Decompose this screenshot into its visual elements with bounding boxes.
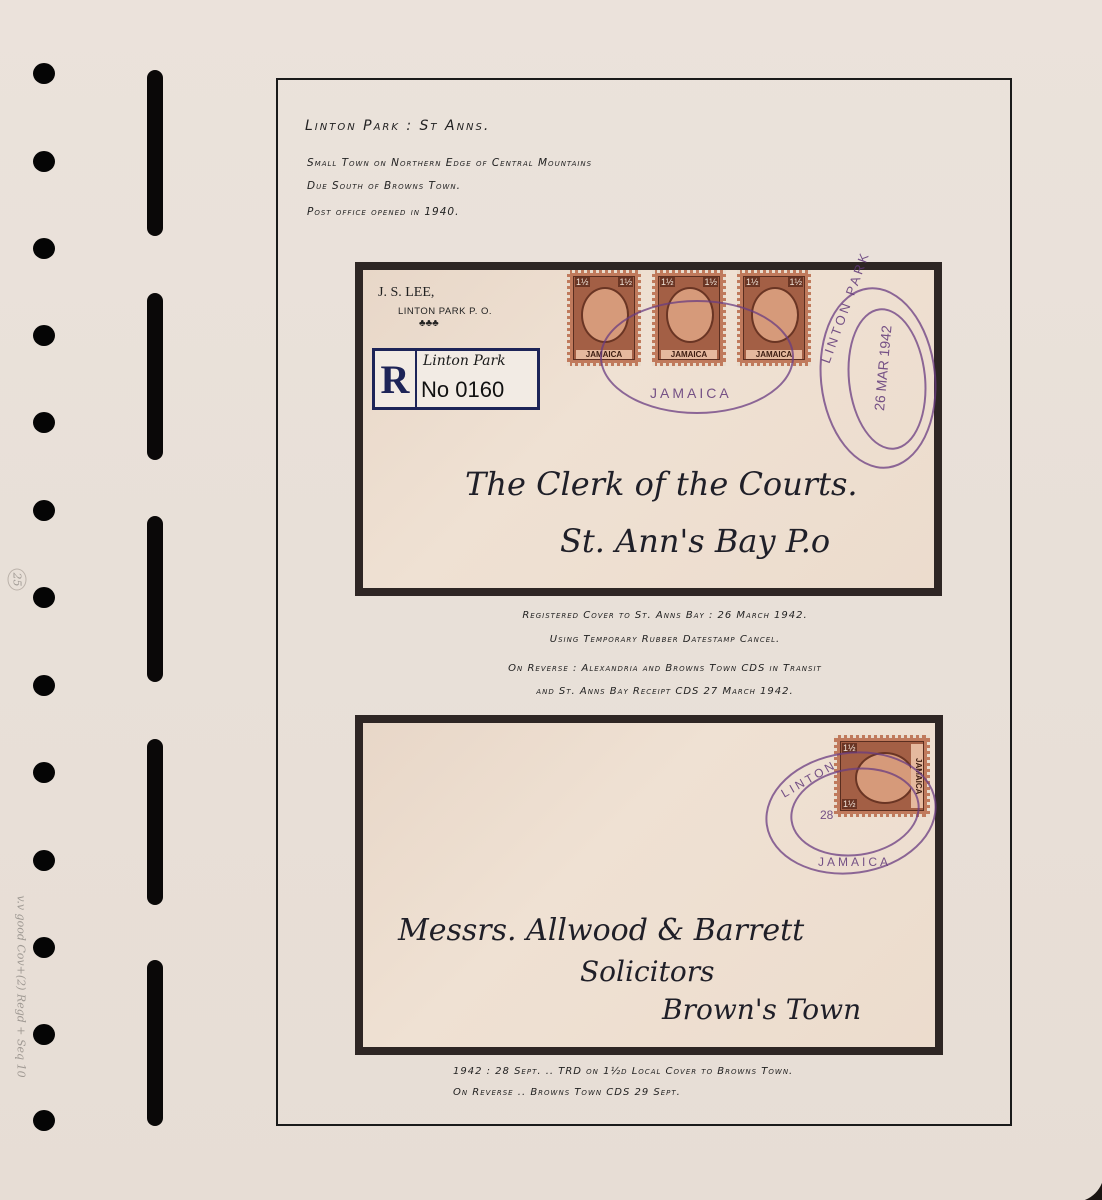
binder-hole: [33, 325, 55, 346]
album-page: 25 v.v good Cov+(2) Regd + Seq 10 Linton…: [0, 0, 1102, 1200]
binder-hole: [33, 238, 55, 259]
margin-page-number: 25: [8, 569, 27, 591]
binder-hole: [33, 500, 55, 521]
cover-caption: On Reverse .. Browns Town CDS 29 Sept.: [453, 1087, 681, 1098]
binder-slot: [147, 739, 163, 905]
description-line: Post office opened in 1940.: [307, 206, 459, 218]
sender-address: LINTON PARK P. O.: [398, 306, 492, 317]
binder-hole: [33, 937, 55, 958]
registration-letter: R: [375, 351, 417, 407]
description-line: Small Town on Northern Edge of Central M…: [307, 157, 592, 169]
cover-caption: and St. Anns Bay Receipt CDS 27 March 19…: [400, 686, 930, 697]
cover-caption: On Reverse : Alexandria and Browns Town …: [400, 663, 930, 674]
binder-hole: [33, 587, 55, 608]
registration-office: Linton Park: [423, 353, 506, 369]
page-title: Linton Park : St Anns.: [305, 118, 490, 134]
address-line: St. Ann's Bay P.o: [560, 522, 830, 560]
binder-hole: [33, 412, 55, 433]
binder-hole: [33, 1110, 55, 1131]
cover-caption: Registered Cover to St. Anns Bay : 26 Ma…: [400, 610, 930, 621]
registration-number: No 0160: [421, 377, 504, 403]
address-line: Messrs. Allwood & Barrett: [398, 913, 804, 948]
binder-hole: [33, 151, 55, 172]
postmark-date: 28: [820, 808, 833, 822]
cover-caption: 1942 : 28 Sept. .. TRD on 1½d Local Cove…: [453, 1066, 793, 1077]
sender-ornament: ♣♣♣: [419, 318, 439, 329]
sender-name: J. S. LEE,: [378, 285, 434, 301]
binder-hole: [33, 850, 55, 871]
binder-slot: [147, 70, 163, 236]
registration-label: R Linton Park No 0160: [372, 348, 540, 410]
binder-hole: [33, 762, 55, 783]
description-line: Due South of Browns Town.: [307, 180, 461, 192]
binder-hole: [33, 63, 55, 84]
binder-slot: [147, 293, 163, 460]
postmark-country: JAMAICA: [818, 855, 891, 869]
binder-hole: [33, 1024, 55, 1045]
address-line: Solicitors: [580, 955, 714, 988]
margin-note: v.v good Cov+(2) Regd + Seq 10: [15, 895, 28, 1077]
binder-slot: [147, 960, 163, 1126]
postmark-country: JAMAICA: [650, 385, 732, 401]
page-corner: [1072, 1170, 1102, 1200]
address-line: The Clerk of the Courts.: [465, 465, 858, 503]
cover-caption: Using Temporary Rubber Datestamp Cancel.: [400, 634, 930, 645]
address-line: Brown's Town: [662, 993, 861, 1026]
binder-slot: [147, 516, 163, 682]
binder-hole: [33, 675, 55, 696]
